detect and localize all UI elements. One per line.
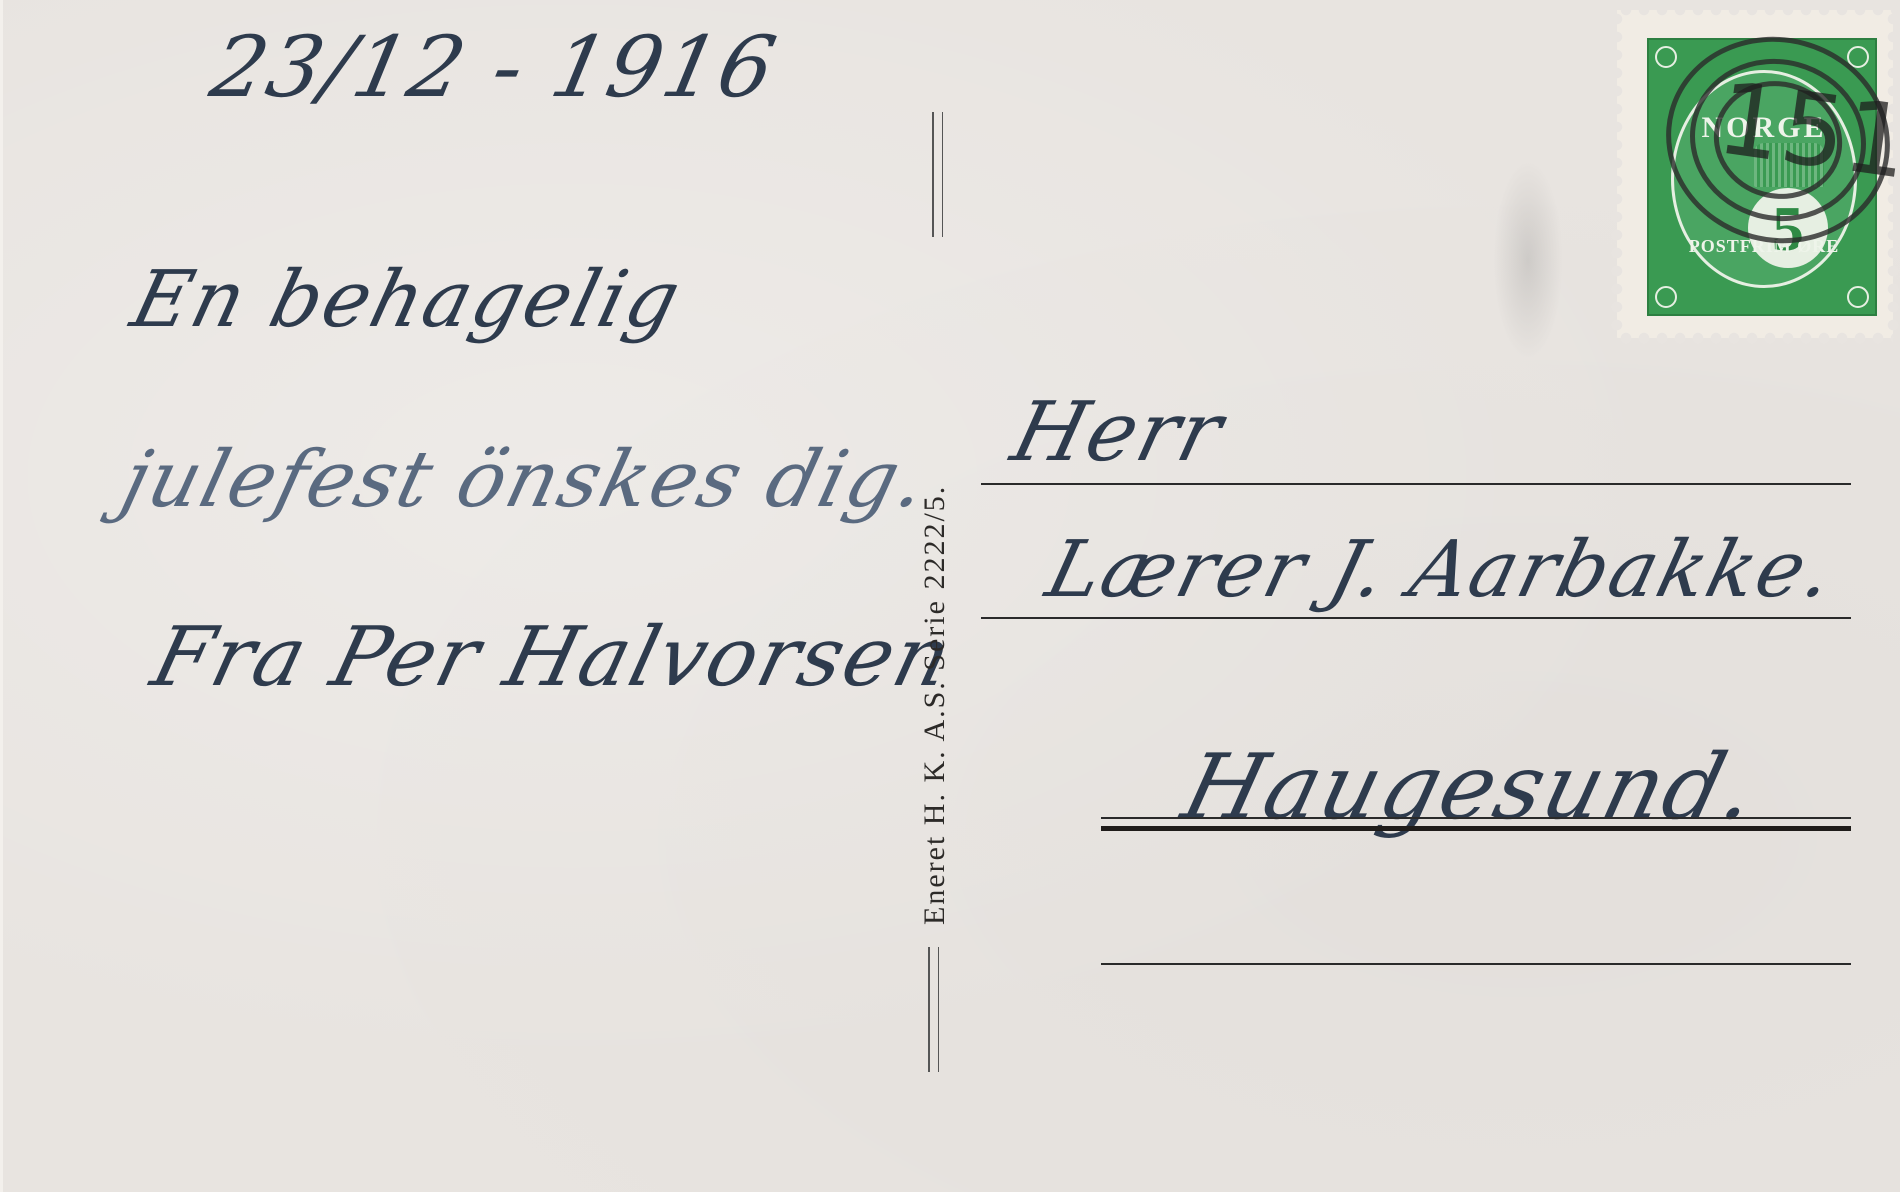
- message-line-2: julefest önskes dig.: [113, 435, 937, 525]
- address-line-2: [981, 617, 1851, 619]
- address-line-3-thin: [1101, 817, 1851, 819]
- address-city: Haugesund.: [1173, 735, 1769, 840]
- rosette-icon: [1847, 46, 1869, 68]
- stamp-perforation-bottom: [1617, 332, 1893, 344]
- message-line-1: En behagelig: [123, 255, 690, 345]
- address-line-3-thick: [1101, 826, 1851, 831]
- stamp-inscription: POSTFRIM ØRE: [1674, 236, 1854, 257]
- address-recipient: Lærer J. Aarbakke.: [1038, 525, 1844, 615]
- ink-smudge: [1493, 160, 1563, 360]
- handwritten-date: 23/12 - 1916: [203, 18, 785, 116]
- rosette-icon: [1655, 286, 1677, 308]
- address-line-1: [981, 483, 1851, 485]
- address-line-4: [1101, 963, 1851, 965]
- postcard-back: 23/12 - 1916 En behagelig julefest önske…: [0, 0, 1900, 1192]
- publisher-imprint: Eneret H. K. A.S. Serie 2222/5.: [918, 485, 952, 925]
- rosette-icon: [1847, 286, 1869, 308]
- address-title: Herr: [1003, 385, 1233, 480]
- signature: Fra Per Halvorsen: [143, 610, 962, 705]
- center-divider-bottom: [928, 947, 939, 1072]
- stamp-perforation-left: [1611, 10, 1623, 338]
- center-divider-top: [932, 112, 943, 237]
- stamp-perforation-top: [1617, 4, 1893, 16]
- rosette-icon: [1655, 46, 1677, 68]
